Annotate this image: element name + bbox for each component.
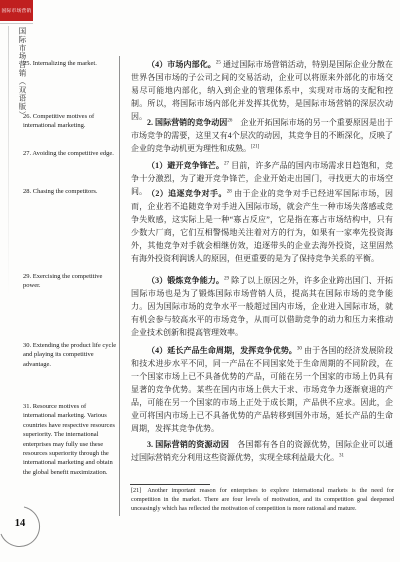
- margin-notes: 25. Internalizing the market.26. Competi…: [0, 0, 120, 562]
- page-number: 14: [8, 518, 32, 529]
- footnote-text: Another important reason for enterprises…: [131, 487, 394, 512]
- paragraph: （4）延长产品生命周期，发挥竞争优势。30 由于各国的经济发展阶段和技术进步水平…: [131, 344, 393, 435]
- footnote-rule: [130, 484, 210, 485]
- margin-note: 25. Internalizing the market.: [23, 59, 120, 68]
- margin-note: 29. Exercising the competitive power.: [23, 272, 120, 291]
- paragraph: （3）锻炼竞争能力。29 除了以上原因之外，许多企业跨出国门、开拓国际市场也是为…: [131, 274, 393, 339]
- paragraph: 2. 国际营销的竞争动因26 企业开拓国际市场的另一个重要原因是出于市场竞争的需…: [131, 116, 393, 155]
- paragraph: （4）市场内部化。25 通过国际市场营销活动，特别是国际企业分散在世界各国市场的…: [131, 58, 393, 123]
- margin-note: 31. Resource motives of international ma…: [23, 402, 120, 477]
- margin-note: 30. Extending the product life cycle and…: [23, 341, 120, 369]
- paragraph: （2）追逐竞争对手。28 由于企业的竞争对手已经进军国际市场，因而，企业若不追随…: [131, 187, 393, 265]
- body-paragraphs: （4）市场内部化。25 通过国际市场营销活动，特别是国际企业分散在世界各国市场的…: [131, 0, 393, 562]
- margin-note: 27. Avoiding the competitive edge.: [23, 149, 120, 158]
- book-page: { "banner": { "title": "国际市场营销" }, "spin…: [0, 0, 400, 562]
- footnote-marker: [21]: [131, 487, 141, 494]
- footnote: [21]Another important reason for enterpr…: [131, 487, 394, 513]
- margin-note: 28. Chasing the competitors.: [23, 187, 120, 196]
- paragraph: 3. 国际营销的资源动因 各国都有各自的资源优势，国际企业可以通过国际营销充分利…: [131, 438, 393, 464]
- content-divider: [119, 56, 120, 516]
- margin-note: 26. Competitive motives of international…: [23, 112, 120, 131]
